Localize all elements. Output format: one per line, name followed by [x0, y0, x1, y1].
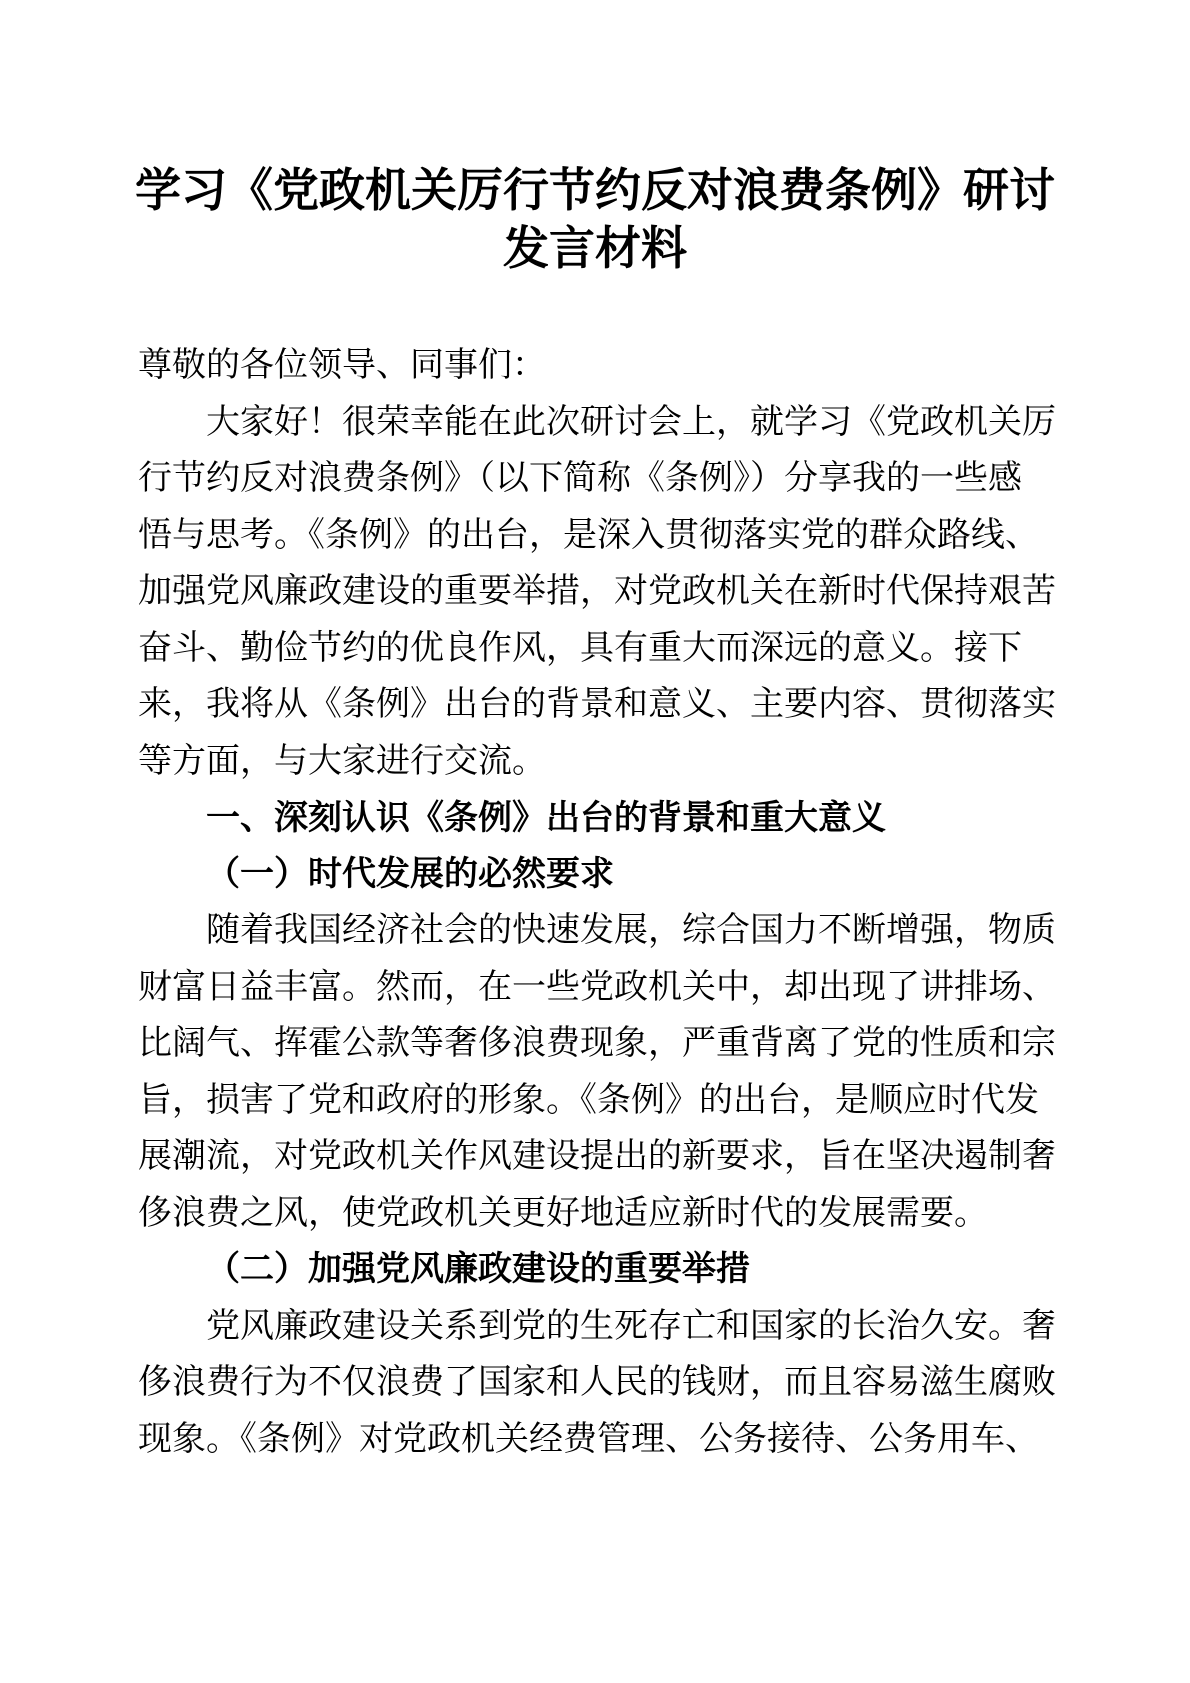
- body-text-line: 展潮流，对党政机关作风建设提出的新要求，旨在坚决遏制奢: [138, 1129, 1058, 1186]
- document-body: 尊敬的各位领导、同事们： 大家好！很荣幸能在此次研讨会上，就学习《党政机关厉 行…: [0, 338, 1058, 1468]
- body-text-line: 来，我将从《条例》出台的背景和意义、主要内容、贯彻落实: [138, 677, 1058, 734]
- body-text-line: 等方面，与大家进行交流。: [138, 734, 1058, 791]
- body-text-line: 悟与思考。《条例》的出台，是深入贯彻落实党的群众路线、: [138, 508, 1058, 565]
- title-line-2: 发言材料: [0, 220, 1190, 278]
- body-text-line: 随着我国经济社会的快速发展，综合国力不断增强，物质: [138, 903, 1058, 960]
- body-text-line: 加强党风廉政建设的重要举措，对党政机关在新时代保持艰苦: [138, 564, 1058, 621]
- title-line-1: 学习《党政机关厉行节约反对浪费条例》研讨: [0, 162, 1190, 220]
- body-text-line: 党风廉政建设关系到党的生死存亡和国家的长治久安。奢: [138, 1299, 1058, 1356]
- body-text-line: 奋斗、勤俭节约的优良作风，具有重大而深远的意义。接下: [138, 621, 1058, 678]
- document-title: 学习《党政机关厉行节约反对浪费条例》研讨 发言材料: [0, 162, 1190, 278]
- salutation-line: 尊敬的各位领导、同事们：: [138, 338, 1058, 395]
- body-text-line: 侈浪费行为不仅浪费了国家和人民的钱财，而且容易滋生腐败: [138, 1355, 1058, 1412]
- body-text-line: 现象。《条例》对党政机关经费管理、公务接待、公务用车、: [138, 1412, 1058, 1469]
- body-text-line: 侈浪费之风，使党政机关更好地适应新时代的发展需要。: [138, 1186, 1058, 1243]
- subsection-1-1-heading: （一）时代发展的必然要求: [138, 847, 1058, 904]
- section-1-heading: 一、深刻认识《条例》出台的背景和重大意义: [138, 790, 1058, 847]
- body-text-line: 比阔气、挥霍公款等奢侈浪费现象，严重背离了党的性质和宗: [138, 1016, 1058, 1073]
- subsection-1-2-heading: （二）加强党风廉政建设的重要举措: [138, 1242, 1058, 1299]
- document-page: 学习《党政机关厉行节约反对浪费条例》研讨 发言材料 尊敬的各位领导、同事们： 大…: [0, 0, 1190, 1683]
- body-text-line: 财富日益丰富。然而，在一些党政机关中，却出现了讲排场、: [138, 960, 1058, 1017]
- body-text-line: 行节约反对浪费条例》（以下简称《条例》）分享我的一些感: [138, 451, 1058, 508]
- body-text-line: 旨，损害了党和政府的形象。《条例》的出台，是顺应时代发: [138, 1073, 1058, 1130]
- body-text-line: 大家好！很荣幸能在此次研讨会上，就学习《党政机关厉: [138, 395, 1058, 452]
